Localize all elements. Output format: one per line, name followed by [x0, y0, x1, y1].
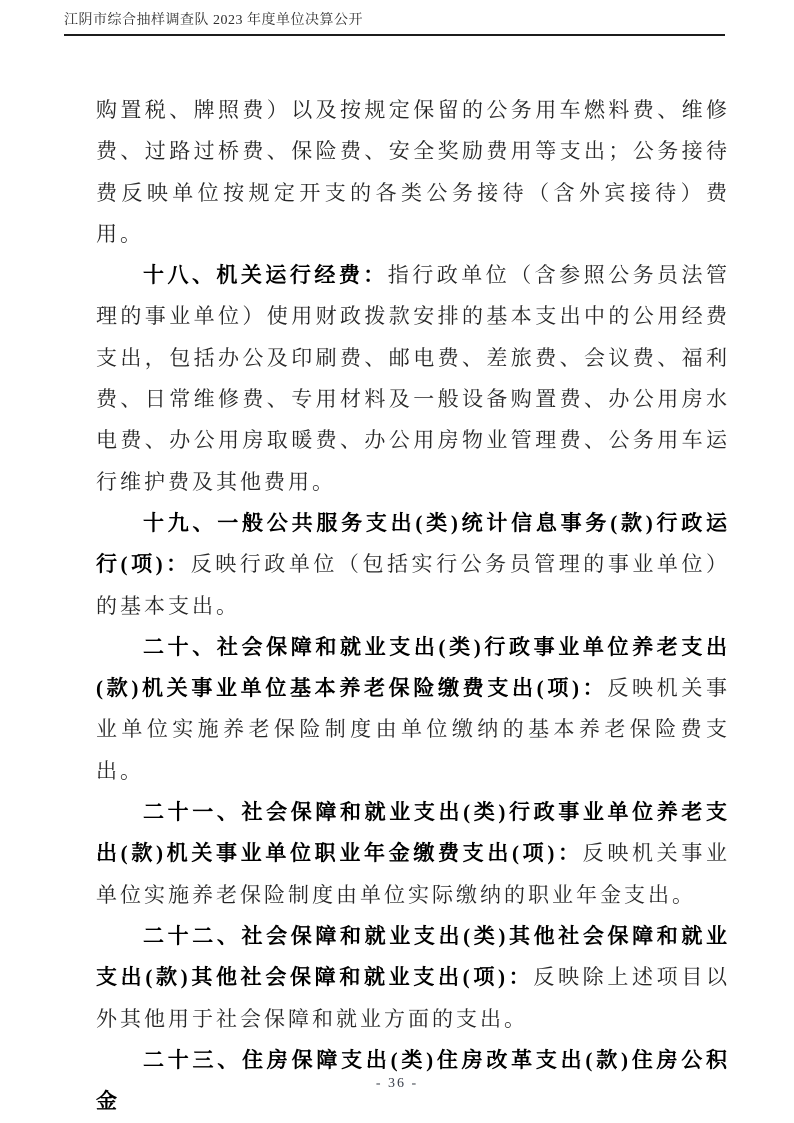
paragraph-lead: 十八、机关运行经费：	[143, 263, 388, 287]
paragraph: 二十二、社会保障和就业支出(类)其他社会保障和就业支出(款)其他社会保障和就业支…	[96, 916, 730, 1040]
paragraph-text: 指行政单位（含参照公务员法管理的事业单位）使用财政拨款安排的基本支出中的公用经费…	[96, 263, 730, 493]
page-footer: - 36 -	[0, 1076, 794, 1092]
paragraph: 二十、社会保障和就业支出(类)行政事业单位养老支出(款)机关事业单位基本养老保险…	[96, 627, 730, 792]
paragraph: 十八、机关运行经费：指行政单位（含参照公务员法管理的事业单位）使用财政拨款安排的…	[96, 255, 730, 503]
paragraph: 二十一、社会保障和就业支出(类)行政事业单位养老支出(款)机关事业单位职业年金缴…	[96, 792, 730, 916]
paragraph: 十九、一般公共服务支出(类)统计信息事务(款)行政运行(项)：反映行政单位（包括…	[96, 503, 730, 627]
document-page: 江阴市综合抽样调查队 2023 年度单位决算公开 购置税、牌照费）以及按规定保留…	[0, 0, 794, 1123]
paragraph: 购置税、牌照费）以及按规定保留的公务用车燃料费、维修费、过路过桥费、保险费、安全…	[96, 90, 730, 255]
page-header: 江阴市综合抽样调查队 2023 年度单位决算公开	[64, 12, 725, 36]
page-number: - 36 -	[376, 1076, 418, 1091]
paragraph-text: 反映行政单位（包括实行公务员管理的事业单位）的基本支出。	[96, 552, 730, 617]
document-body: 购置税、牌照费）以及按规定保留的公务用车燃料费、维修费、过路过桥费、保险费、安全…	[96, 90, 730, 1122]
header-title: 江阴市综合抽样调查队 2023 年度单位决算公开	[64, 13, 363, 28]
paragraph-text: 购置税、牌照费）以及按规定保留的公务用车燃料费、维修费、过路过桥费、保险费、安全…	[96, 98, 730, 246]
